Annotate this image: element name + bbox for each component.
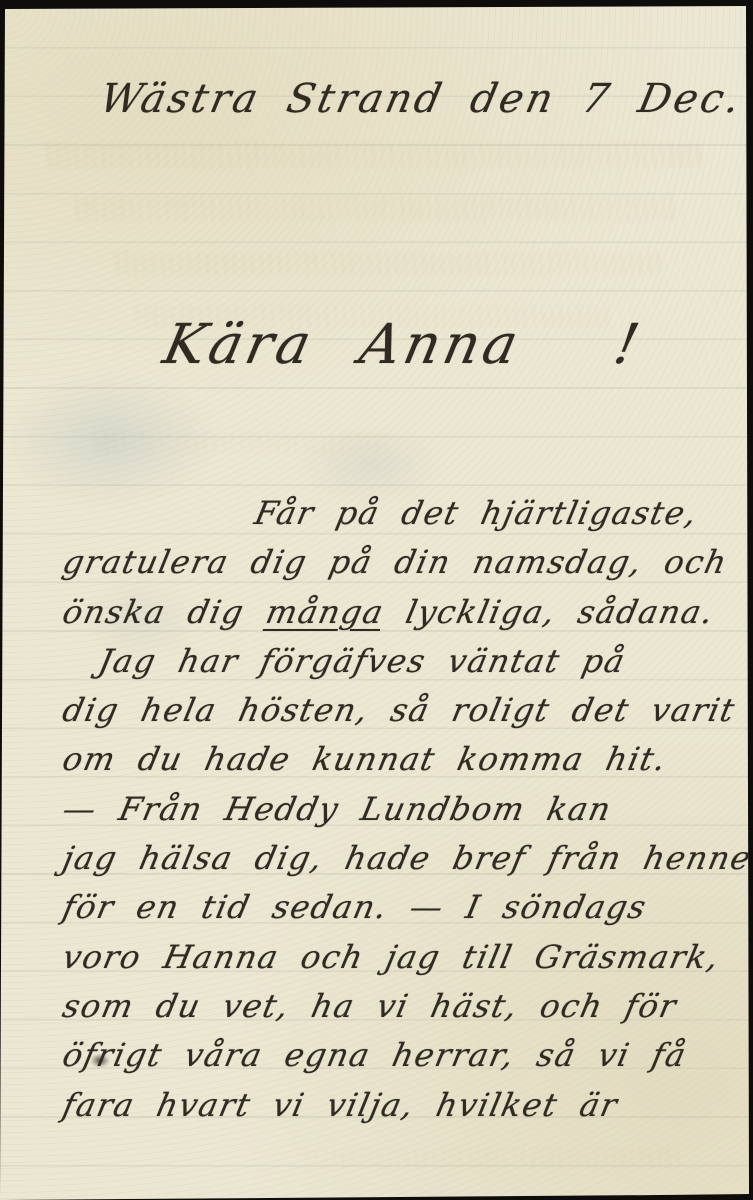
body-line-13: fara hvart vi vilja, hvilket är bbox=[58, 1081, 753, 1130]
body-line-11: som du vet, ha vi häst, och för bbox=[58, 982, 753, 1031]
letter-photo: Wästra Strand den 7 Dec. 1897 Kära Anna … bbox=[0, 0, 753, 1200]
body-line-6: om du hade kunnat komma hit. bbox=[58, 735, 753, 784]
body-line-9: för en tid sedan. — I söndags bbox=[58, 883, 753, 932]
bleedthrough-smudge bbox=[70, 196, 680, 221]
dateline: Wästra Strand den 7 Dec. 1897 bbox=[96, 76, 753, 122]
body-line-5: dig hela hösten, så roligt det varit bbox=[58, 686, 753, 735]
underlined-word: många bbox=[263, 593, 388, 631]
body-line-12: öfrigt våra egna herrar, så vi få bbox=[58, 1031, 753, 1080]
bleedthrough-smudge bbox=[300, 1148, 680, 1168]
salutation: Kära Anna ! bbox=[158, 312, 648, 376]
body-line-7: — Från Heddy Lundbom kan bbox=[58, 785, 753, 834]
body-line-3: önska dig många lyckliga, sådana. bbox=[58, 588, 753, 637]
body-line-4: Jag har förgäfves väntat på bbox=[58, 637, 753, 686]
body-line-10: voro Hanna och jag till Gräsmark, bbox=[58, 933, 753, 982]
body-line-3-post: lyckliga, sådana. bbox=[402, 593, 717, 631]
body-line-2: gratulera dig på din namsdag, och bbox=[58, 538, 753, 587]
body-line-3-pre: önska dig bbox=[59, 593, 248, 631]
body-line-8: jag hälsa dig, hade bref från henne bbox=[58, 834, 753, 883]
bleedthrough-smudge bbox=[42, 142, 702, 168]
letter-paper: Wästra Strand den 7 Dec. 1897 Kära Anna … bbox=[0, 0, 753, 1200]
body-line-1: Får på det hjärtligaste, bbox=[58, 489, 753, 538]
bleedthrough-smudge bbox=[110, 252, 660, 276]
letter-body: Får på det hjärtligaste, gratulera dig p… bbox=[58, 489, 750, 1130]
